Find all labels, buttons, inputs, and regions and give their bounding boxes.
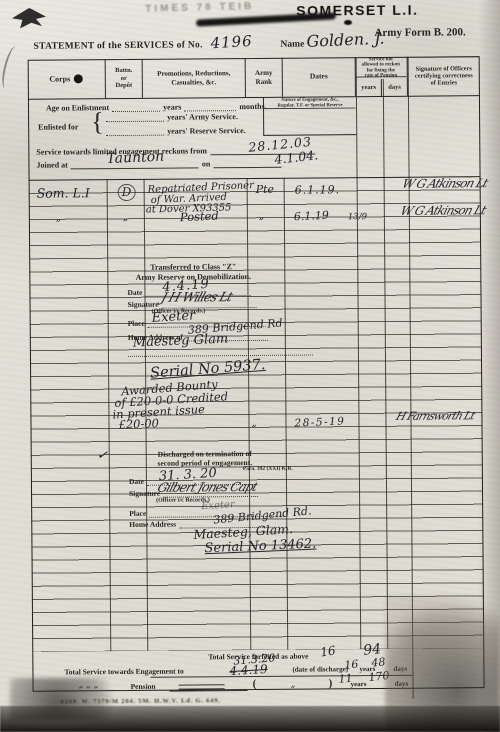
- joined-at-label: Joined at: [36, 160, 67, 169]
- entry2-detail: Posted: [180, 209, 219, 225]
- forfeited-years-value: 16: [319, 643, 336, 659]
- col-army-rank: Army Rank: [246, 58, 283, 97]
- form-number: Army Form B. 200.: [374, 26, 465, 39]
- name-label: Name: [280, 40, 304, 50]
- enlisted-for-label: Enlisted for: [38, 122, 78, 131]
- ink-blot-circle: [74, 74, 83, 83]
- date-stamp: TIMES 78 TEIB: [145, 1, 254, 15]
- col-corps: Corps: [28, 59, 106, 99]
- statement-title: STATEMENT of the SERVICES of No.: [33, 40, 202, 51]
- pension-label: Pension: [131, 682, 156, 691]
- entry2-date: 6.1.19: [294, 209, 330, 223]
- entry1-rank: Pte: [256, 183, 274, 196]
- pension-dittos: „ „ „: [79, 680, 99, 690]
- nature-of-engagement-label: Nature of Engagement, &c., Regular, T.F.…: [264, 97, 355, 109]
- nature-of-engagement-box: Nature of Engagement, &c., Regular, T.F.…: [263, 97, 356, 136]
- pension-blank: [170, 690, 248, 692]
- table-header-row: Corps Battn. or Depôt Promotions, Reduct…: [28, 56, 480, 100]
- years-days-subrow: years days: [356, 79, 407, 96]
- pension-years-label: years: [351, 680, 367, 688]
- enlisted-brace: {: [91, 107, 104, 137]
- name-value: Golden. J.: [306, 29, 385, 51]
- age-blank: [112, 103, 160, 112]
- entry2-ditto-rank: „: [259, 211, 264, 222]
- entry1-date: 6.1.19.: [295, 183, 341, 196]
- engagement-days-label: days: [393, 665, 407, 673]
- joined-date-blank: [213, 158, 281, 169]
- months-blank: [184, 102, 236, 111]
- engagement-days-value: 48: [371, 655, 386, 669]
- discharge-date-label: Date: [129, 477, 144, 486]
- pension-days-value: 170: [368, 669, 390, 684]
- bounty-signature: H Farnsworth Lt: [394, 409, 476, 423]
- discharge-signature-value: Gilbert Jones Capt: [156, 479, 260, 495]
- col-promotions: Promotions, Reductions, Casualties, &c.: [143, 58, 246, 98]
- class-z-signature-label: Signature: [128, 300, 159, 309]
- class-z-signature-value: J H Willes Lt: [159, 290, 234, 306]
- entry2-days-forfeited: 13/9: [348, 212, 367, 222]
- army-service-blank: [106, 113, 164, 122]
- col-corps-label: Corps: [49, 74, 70, 83]
- on-label: on: [202, 159, 211, 168]
- army-service-label: years' Army Service.: [167, 112, 238, 122]
- service-note-text: Service not allowed to reckon for fixing…: [356, 58, 407, 77]
- army-service-line: years' Army Service.: [106, 112, 238, 122]
- bounty-date: 28-5-19: [294, 415, 345, 429]
- col-battn: Battn. or Depôt: [106, 59, 143, 98]
- col-signature: Signature of Officers certifying correct…: [408, 56, 480, 96]
- engagement-years-value: 16: [344, 657, 359, 671]
- entry1-signature: W G Atkinson Lt: [400, 176, 489, 191]
- bounty-ditto: „: [251, 418, 256, 429]
- document-sheet: TIMES 78 TEIB SOMERSET L.I. Army Form B.…: [0, 0, 500, 732]
- col-days: days: [382, 79, 407, 96]
- age-on-enlistment-line: Age on Enlistment years months.: [46, 102, 267, 113]
- entry1-corps: Som. L.I: [37, 185, 90, 200]
- engagement-label: Total Service towards Engagement to: [64, 667, 183, 677]
- reserve-service-line: years' Reserve Service.: [106, 126, 245, 136]
- joined-place-value: Taunton: [106, 149, 164, 167]
- service-number-value: 4196: [210, 32, 253, 53]
- pension-paren-ditto: „: [291, 680, 296, 690]
- reserve-service-blank: [106, 127, 164, 136]
- discharge-place-value: Exeter: [201, 499, 235, 512]
- class-z-place-label: Place: [128, 319, 145, 328]
- discharge-place-label: Place: [129, 509, 146, 518]
- col-years: years: [356, 79, 383, 96]
- discharge-home-label: Home Address: [129, 520, 176, 529]
- age-years-label: years: [163, 103, 181, 112]
- regiment-title: SOMERSET L.I.: [296, 2, 418, 19]
- pension-paren-open: (: [252, 678, 256, 690]
- entry1-battn: D: [118, 184, 136, 201]
- discharge-para-ref: Para. 392 (XXI) K.R.: [243, 466, 293, 472]
- pen-tick-mark: ✓: [96, 448, 109, 464]
- class-z-extra-blank: [128, 347, 313, 357]
- bounty-line4: £20-00: [118, 416, 159, 432]
- pension-strike: [179, 684, 225, 689]
- printer-imprint: 6269. W. 7379/M 204. 5M. H.W.V. Ld. G. 6…: [61, 697, 221, 705]
- reserve-service-label: years' Reserve Service.: [167, 126, 245, 136]
- entry2-ditto-battn: „: [123, 212, 128, 223]
- pension-paren-close: ): [328, 677, 332, 689]
- class-z-date-label: Date: [127, 288, 142, 297]
- entry2-ditto-corps: „: [56, 212, 61, 223]
- col-dates: Dates: [283, 57, 356, 97]
- entry2-signature: W G Atkinson Lt: [399, 203, 488, 218]
- pension-days-label: days: [395, 680, 409, 688]
- scanned-service-record-page: TIMES 78 TEIB SOMERSET L.I. Army Form B.…: [0, 0, 500, 732]
- col-service-not-allowed: Service not allowed to reckon for fixing…: [356, 57, 408, 96]
